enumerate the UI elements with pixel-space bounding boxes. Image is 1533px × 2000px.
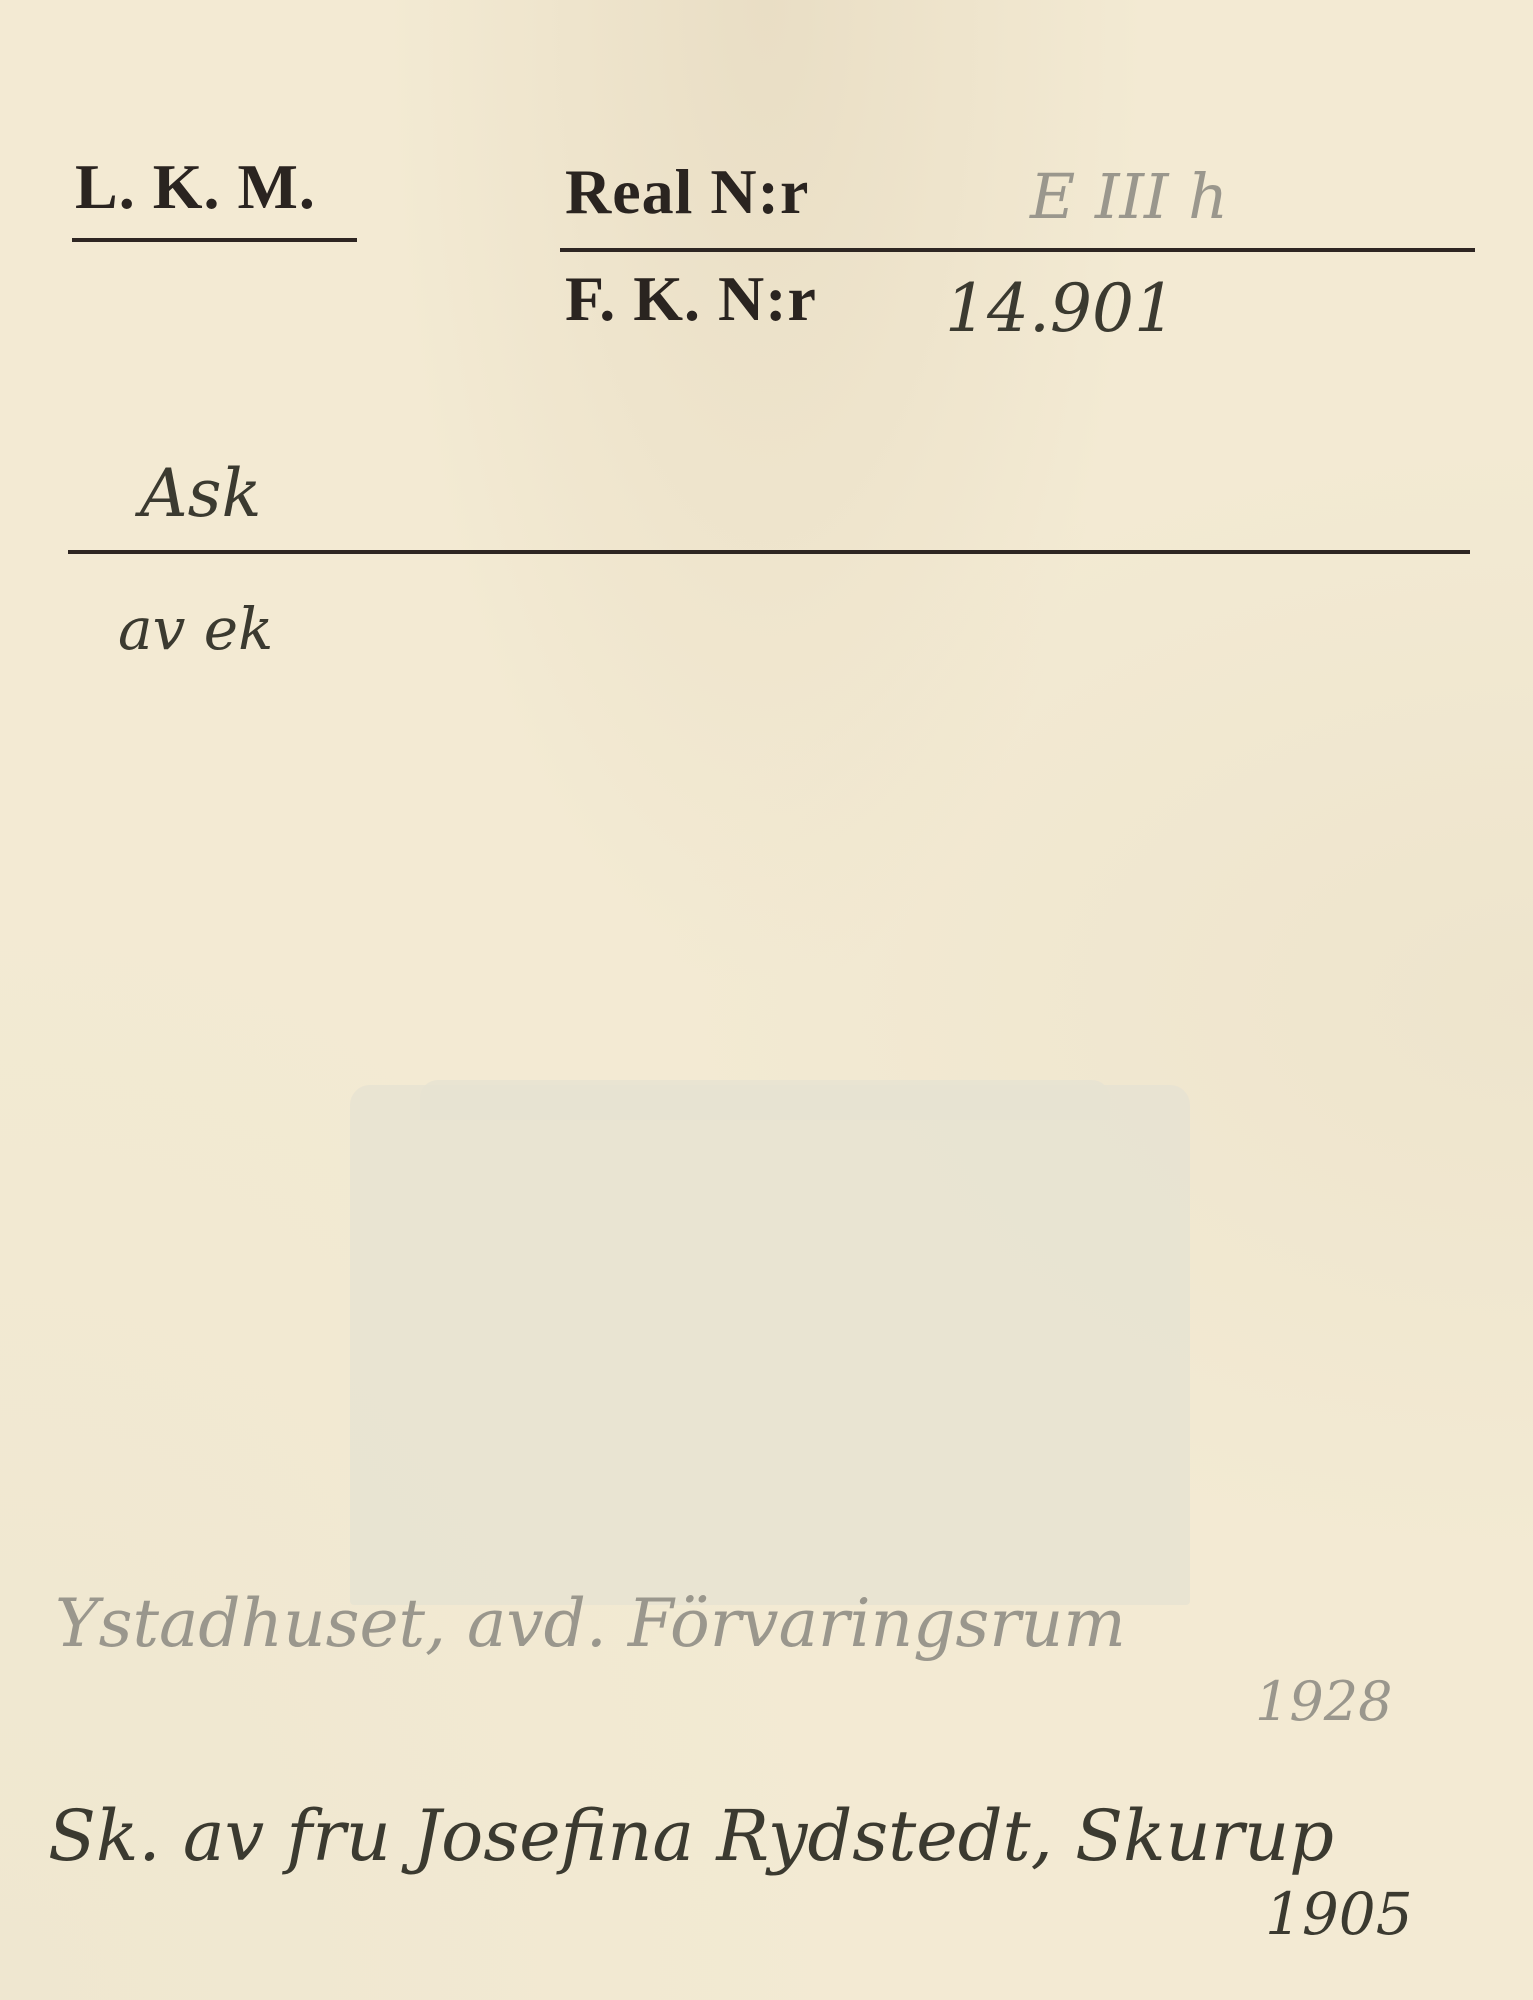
institution-underline xyxy=(72,238,357,242)
object-name-rule xyxy=(68,550,1470,554)
photo-mount-shadow xyxy=(350,1085,1190,1605)
fk-nr-label: F. K. N:r xyxy=(565,262,817,336)
ink-acquisition-note: Sk. av fru Josefina Rydstedt, Skurup xyxy=(48,1795,1334,1877)
real-nr-rule xyxy=(560,248,1475,252)
institution-label: L. K. M. xyxy=(75,150,316,224)
real-nr-value: E III h xyxy=(1030,160,1228,233)
real-nr-label: Real N:r xyxy=(565,155,809,229)
pencil-location-note: Ystadhuset, avd. Förvaringsrum xyxy=(55,1585,1126,1662)
ink-year: 1905 xyxy=(1265,1880,1413,1948)
material: av ek xyxy=(118,595,273,663)
object-name: Ask xyxy=(140,455,262,532)
fk-nr-value: 14.901 xyxy=(945,270,1176,347)
pencil-year: 1928 xyxy=(1255,1670,1392,1733)
